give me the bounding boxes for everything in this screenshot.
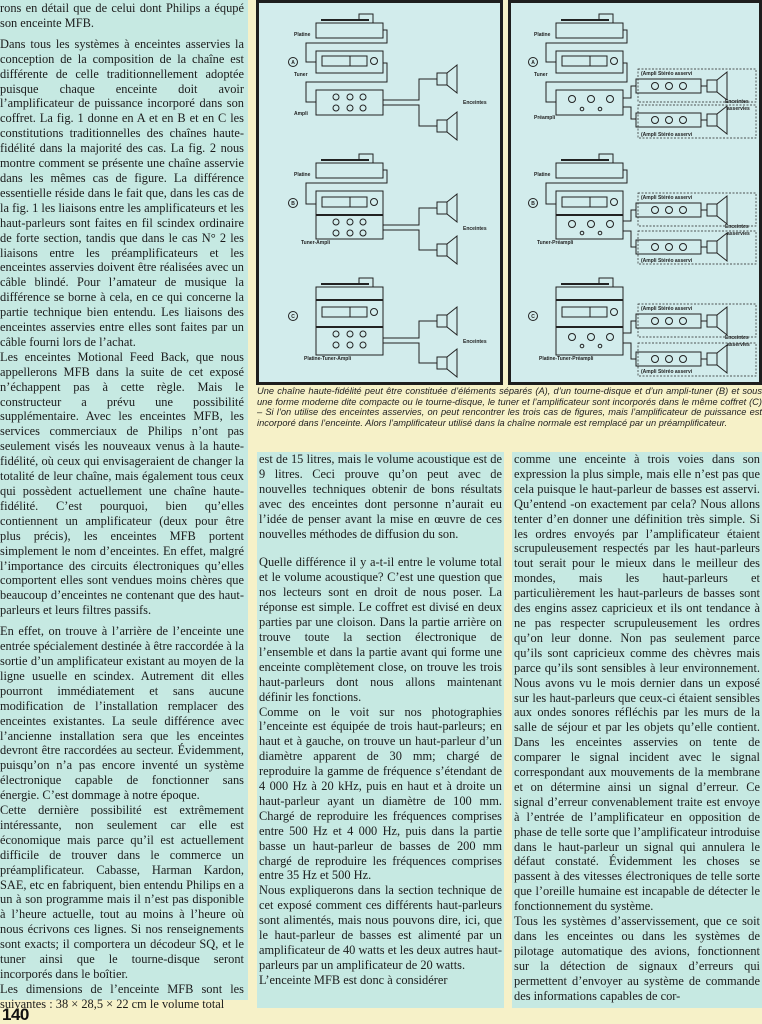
svg-text:A: A bbox=[291, 60, 295, 66]
svg-text:Enceintes: Enceintes bbox=[463, 339, 487, 345]
case-c bbox=[289, 278, 458, 377]
paragraph: Tous les systèmes d’asservissement, que … bbox=[514, 914, 760, 1003]
page-number: 140 bbox=[2, 1005, 29, 1024]
svg-text:asservies: asservies bbox=[727, 106, 750, 112]
svg-text:Platine: Platine bbox=[294, 172, 311, 178]
case-a bbox=[289, 14, 458, 140]
svg-text:Tuner: Tuner bbox=[294, 72, 308, 78]
paragraph: Les enceintes Motional Feed Back, que no… bbox=[0, 350, 244, 618]
svg-text:Platine-Tuner-Préampli: Platine-Tuner-Préampli bbox=[539, 356, 594, 362]
svg-text:(Ampli Stéréo asservi: (Ampli Stéréo asservi bbox=[641, 258, 693, 264]
svg-text:asservies: asservies bbox=[727, 342, 750, 348]
svg-text:(Ampli Stéréo asservi: (Ampli Stéréo asservi bbox=[641, 306, 693, 312]
svg-text:Tuner: Tuner bbox=[534, 72, 548, 78]
svg-text:Platine: Platine bbox=[294, 32, 311, 38]
paragraph: est de 15 litres, mais le volume acousti… bbox=[259, 452, 502, 541]
svg-text:A: A bbox=[531, 60, 535, 66]
paragraph: comme une enceinte à trois voies dans so… bbox=[514, 452, 760, 914]
paragraph: L’enceinte MFB est donc à considérer bbox=[259, 973, 502, 988]
svg-text:(Ampli Stéréo asservi: (Ampli Stéréo asservi bbox=[641, 369, 693, 375]
svg-text:asservies: asservies bbox=[727, 231, 750, 237]
figure-1-traditional-chains: A B C Platine Tuner Ampli Enceintes Plat… bbox=[256, 0, 503, 385]
paragraph: Nous expliquerons dans la section techni… bbox=[259, 883, 502, 972]
svg-text:Préampli: Préampli bbox=[534, 115, 556, 121]
paragraph: Quelle différence il y a-t-il entre le v… bbox=[259, 555, 502, 704]
svg-text:Tuner-Préampli: Tuner-Préampli bbox=[537, 240, 574, 246]
svg-text:Enceintes: Enceintes bbox=[463, 226, 487, 232]
svg-text:B: B bbox=[291, 201, 295, 207]
svg-text:C: C bbox=[531, 314, 535, 320]
paragraph: Dans tous les systèmes à enceintes asser… bbox=[0, 37, 244, 350]
case-b bbox=[529, 154, 757, 264]
paragraph: Comme on le voit sur nos photographies l… bbox=[259, 705, 502, 884]
svg-text:Platine-Tuner-Ampli: Platine-Tuner-Ampli bbox=[304, 356, 352, 362]
svg-text:Enceintes: Enceintes bbox=[463, 100, 487, 106]
svg-text:Platine: Platine bbox=[534, 32, 551, 38]
svg-text:C: C bbox=[291, 314, 295, 320]
svg-text:Enceintes: Enceintes bbox=[725, 99, 749, 105]
svg-text:(Ampli Stéréo asservi: (Ampli Stéréo asservi bbox=[641, 195, 693, 201]
paragraph: En effet, on trouve à l’arrière de l’enc… bbox=[0, 624, 244, 803]
svg-text:Tuner-Ampli: Tuner-Ampli bbox=[301, 240, 331, 246]
text-column-3: comme une enceinte à trois voies dans so… bbox=[512, 452, 762, 1008]
paragraph: Cette dernière possibilité est extrêmeme… bbox=[0, 803, 244, 982]
svg-text:Platine: Platine bbox=[534, 172, 551, 178]
figure-2-diagram: A B C Platine Tuner Préampli (Ampli Stér… bbox=[511, 3, 759, 382]
figure-2-servo-chains: A B C Platine Tuner Préampli (Ampli Stér… bbox=[508, 0, 762, 385]
paragraph: Les dimensions de l’enceinte MFB sont le… bbox=[0, 982, 244, 1012]
svg-text:Ampli: Ampli bbox=[294, 111, 309, 117]
svg-text:B: B bbox=[531, 201, 535, 207]
figure-1-diagram: A B C Platine Tuner Ampli Enceintes Plat… bbox=[259, 3, 500, 382]
svg-text:Enceintes: Enceintes bbox=[725, 335, 749, 341]
text-column-2: est de 15 litres, mais le volume acousti… bbox=[257, 452, 504, 1008]
paragraph: rons en détail que de celui dont Philips… bbox=[0, 1, 244, 31]
svg-text:(Ampli Stéréo asservi: (Ampli Stéréo asservi bbox=[641, 71, 693, 77]
case-b bbox=[289, 154, 458, 264]
text-column-1: rons en détail que de celui dont Philips… bbox=[0, 0, 248, 1000]
svg-text:Enceintes: Enceintes bbox=[725, 224, 749, 230]
figure-caption: Une chaîne haute-fidélité peut être cons… bbox=[257, 386, 762, 428]
svg-text:(Ampli Stéréo asservi: (Ampli Stéréo asservi bbox=[641, 132, 693, 138]
